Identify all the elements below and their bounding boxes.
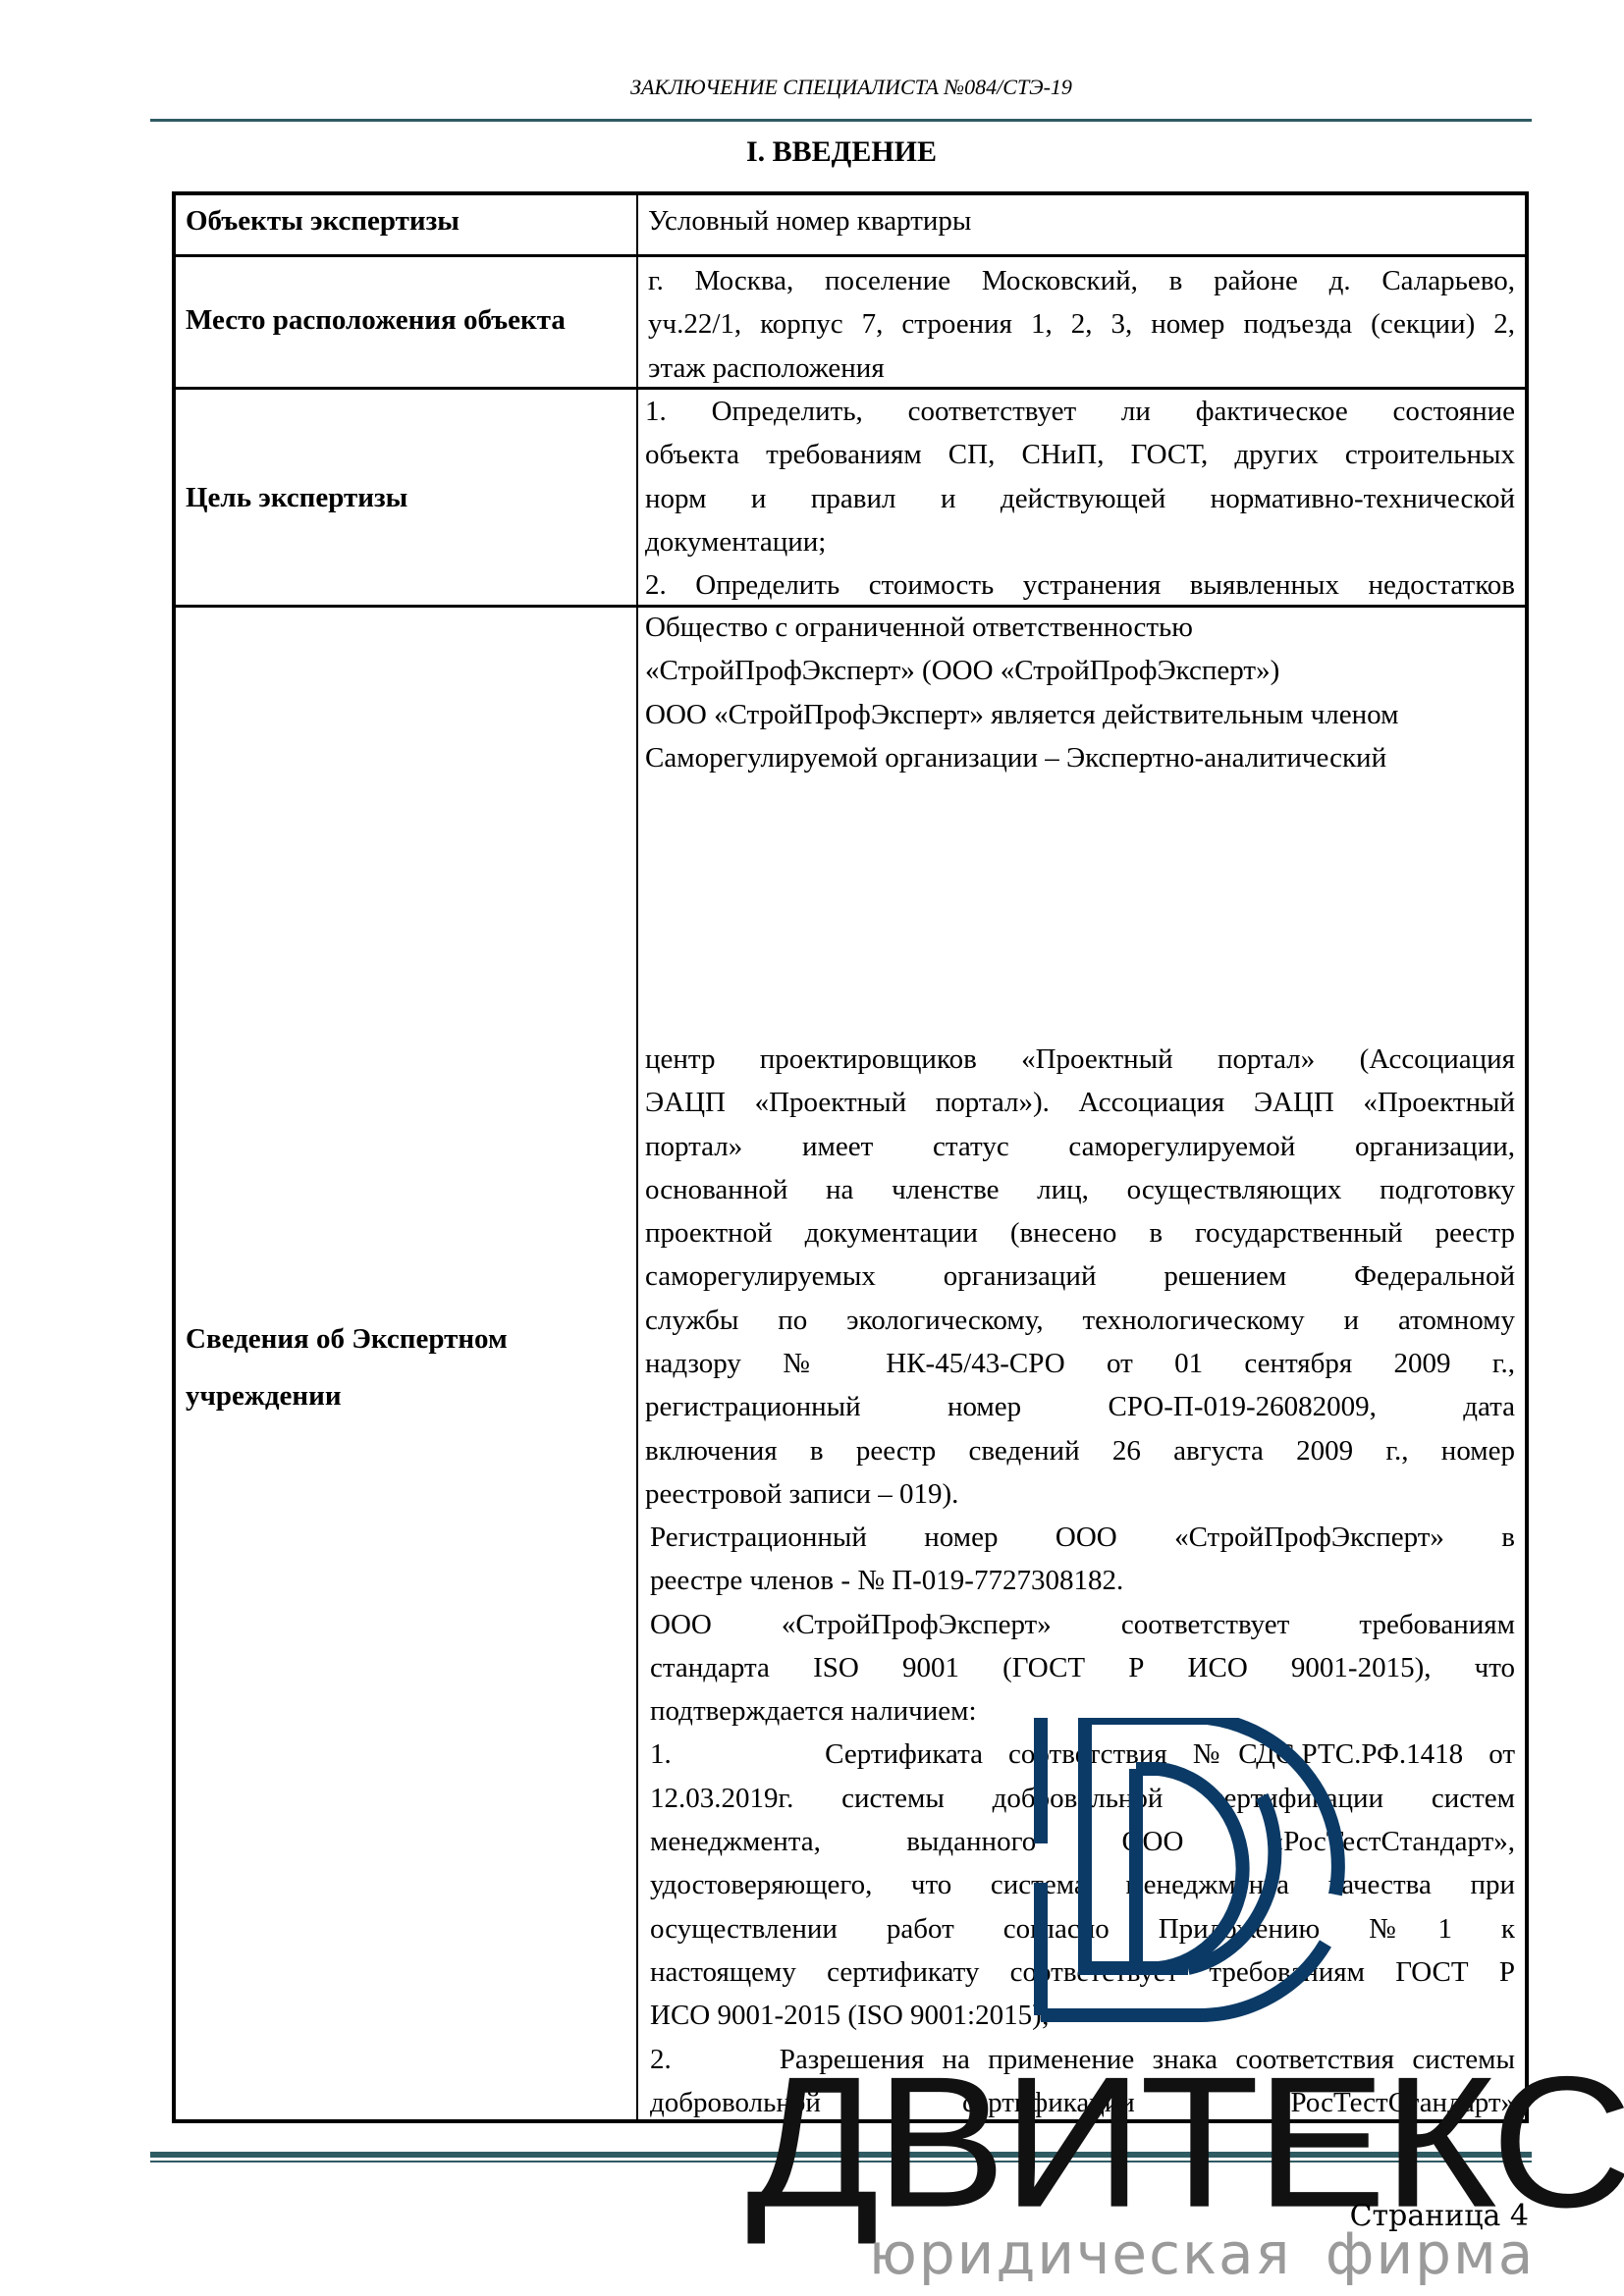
document-header-title: ЗАКЛЮЧЕНИЕ СПЕЦИАЛИСТА №084/СТЭ-19 [0,75,1624,100]
row-value: 1. Определить, соответствует ли фактичес… [645,390,1515,607]
row-label: Место расположения объекта [186,292,627,348]
section-title: I. ВВЕДЕНИЕ [0,135,1624,169]
row-value-block2: центр проектировщиков «Проектный портал»… [645,1038,1515,1516]
page-number: Страница 4 [1350,2199,1529,2233]
table-row-location: Место расположения объекта г. Москва, по… [176,257,1525,390]
row-label: Объекты экспертизы [186,195,627,246]
table-row-purpose: Цель экспертизы 1. Определить, соответст… [176,390,1525,608]
table-row-objects: Объекты экспертизы Условный номер кварти… [176,195,1525,257]
row-label: Цель экспертизы [186,469,627,526]
row-value: Условный номер квартиры [648,199,1515,242]
row-label: Сведения об Экспертном учреждении [186,1310,627,1424]
row-value: г. Москва, поселение Московский, в район… [648,259,1515,390]
row-value-block1: Общество с ограниченной ответственностью… [645,606,1515,779]
dd-monogram-logo-icon [1031,1718,1355,2022]
header-divider [150,119,1532,122]
